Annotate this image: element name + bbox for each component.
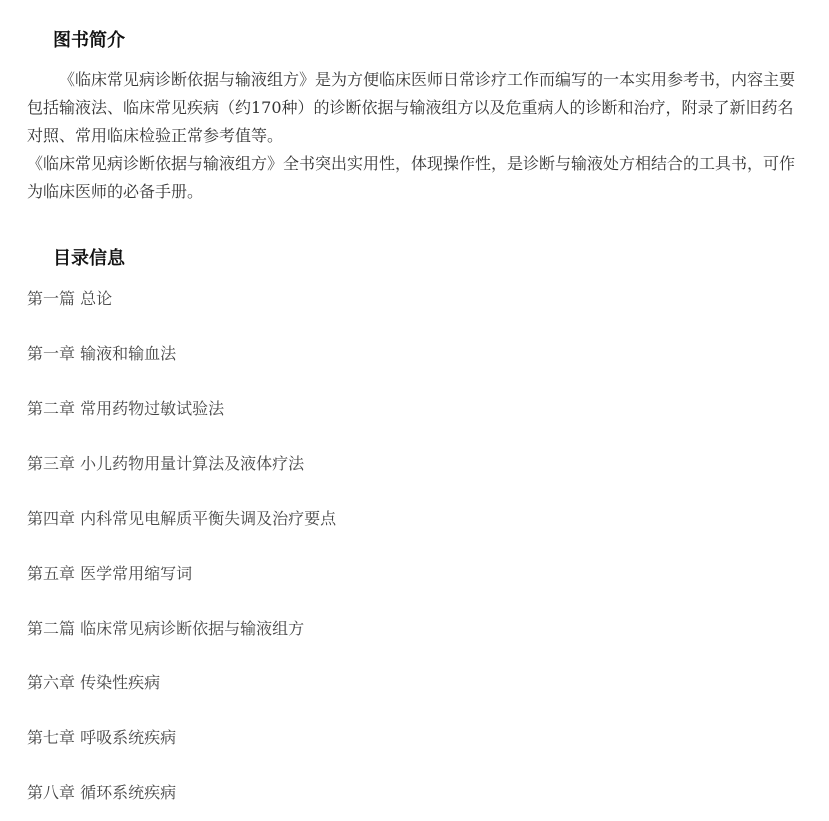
toc-item: 第七章 呼吸系统疾病 <box>27 725 176 748</box>
toc-heading: 目录信息 <box>53 244 125 270</box>
toc-item: 第一篇 总论 <box>27 286 112 309</box>
toc-item: 第二篇 临床常见病诊断依据与输液组方 <box>27 616 304 639</box>
toc-item: 第三章 小儿药物用量计算法及液体疗法 <box>27 451 304 474</box>
intro-paragraph: 《临床常见病诊断依据与输液组方》是为方便临床医师日常诊疗工作而编写的一本实用参考… <box>27 66 797 150</box>
toc-item: 第六章 传染性疾病 <box>27 670 160 693</box>
toc-item: 第二章 常用药物过敏试验法 <box>27 396 224 419</box>
toc-item: 第五章 医学常用缩写词 <box>27 561 192 584</box>
toc-item: 第一章 输液和输血法 <box>27 341 176 364</box>
intro-heading: 图书简介 <box>53 26 125 52</box>
toc-item: 第八章 循环系统疾病 <box>27 780 176 803</box>
intro-body: 《临床常见病诊断依据与输液组方》是为方便临床医师日常诊疗工作而编写的一本实用参考… <box>27 66 797 206</box>
intro-paragraph: 《临床常见病诊断依据与输液组方》全书突出实用性，体现操作性，是诊断与输液处方相结… <box>27 150 797 206</box>
toc-item: 第四章 内科常见电解质平衡失调及治疗要点 <box>27 506 336 529</box>
